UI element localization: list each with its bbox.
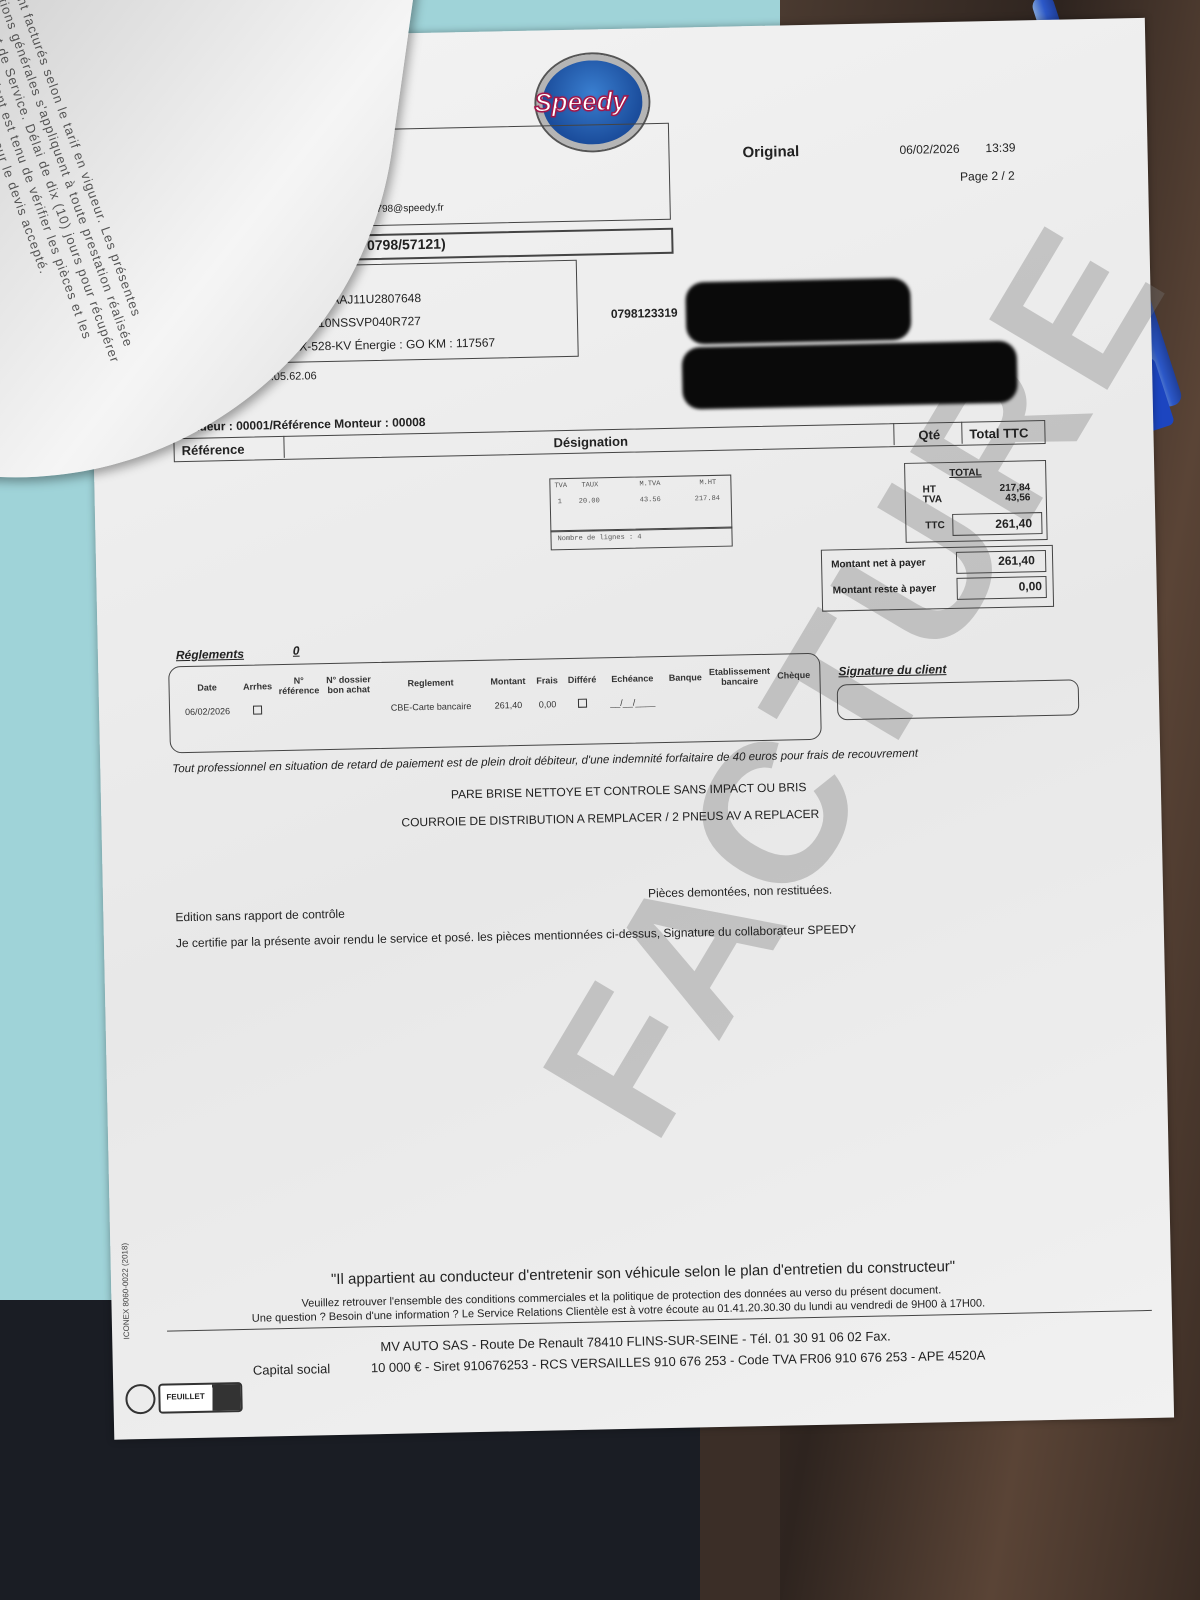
arrhes-checkbox[interactable]: [253, 705, 262, 714]
footer-capital-label: Capital social: [253, 1361, 331, 1378]
copy-label: Original: [742, 143, 799, 161]
redaction-address: [682, 341, 1018, 410]
totals-labels: HTTVA: [923, 485, 943, 505]
payments-count: 0: [293, 644, 300, 658]
ttc-value: 261,40: [995, 516, 1032, 531]
vat-h-mht: M.HT: [699, 479, 716, 487]
vat-r-taux: 20.00: [579, 497, 600, 505]
doc-time: 13:39: [985, 141, 1015, 156]
vat-h-mtva: M.TVA: [639, 480, 660, 488]
signature-label: Signature du client: [838, 662, 946, 678]
vat-r-tva: 1: [558, 498, 562, 506]
vat-r-mht: 217.84: [695, 495, 720, 504]
page-number: Page 2 / 2: [960, 169, 1015, 184]
footer-quote: "Il appartient au conducteur d'entreteni…: [331, 1258, 955, 1288]
form-code: ICONEX 8060-0022 (2018): [120, 1243, 131, 1340]
col-reference: Référence: [181, 442, 244, 458]
vat-r-mtva: 43.56: [640, 496, 661, 504]
col-qty: Qté: [918, 427, 940, 442]
rest-value: 0,00: [1019, 579, 1043, 593]
ttc-label: TTC: [925, 520, 945, 531]
vat-h-taux: TAUX: [581, 481, 598, 489]
vat-h-tva: TVA: [554, 482, 567, 490]
net-label: Montant net à payer: [831, 558, 926, 571]
feuillet-badge: FEUILLET: [158, 1382, 243, 1414]
totals-values: 217,8443,56: [999, 483, 1030, 504]
doc-date: 06/02/2026: [899, 142, 959, 157]
edition-notice: Edition sans rapport de contrôle: [175, 907, 345, 925]
redaction-name: [685, 278, 911, 345]
signature-field[interactable]: [837, 679, 1080, 720]
col-total-ttc: Total TTC: [969, 425, 1028, 441]
net-value: 261,40: [998, 553, 1035, 568]
recycle-icon: [125, 1384, 156, 1415]
customer-account: 0798123319: [611, 306, 678, 321]
rest-label: Montant reste à payer: [833, 583, 937, 596]
col-designation: Désignation: [553, 434, 628, 451]
payments-title: Réglements: [176, 647, 244, 662]
totals-title: TOTAL: [949, 467, 982, 479]
differe-checkbox[interactable]: [578, 698, 587, 707]
